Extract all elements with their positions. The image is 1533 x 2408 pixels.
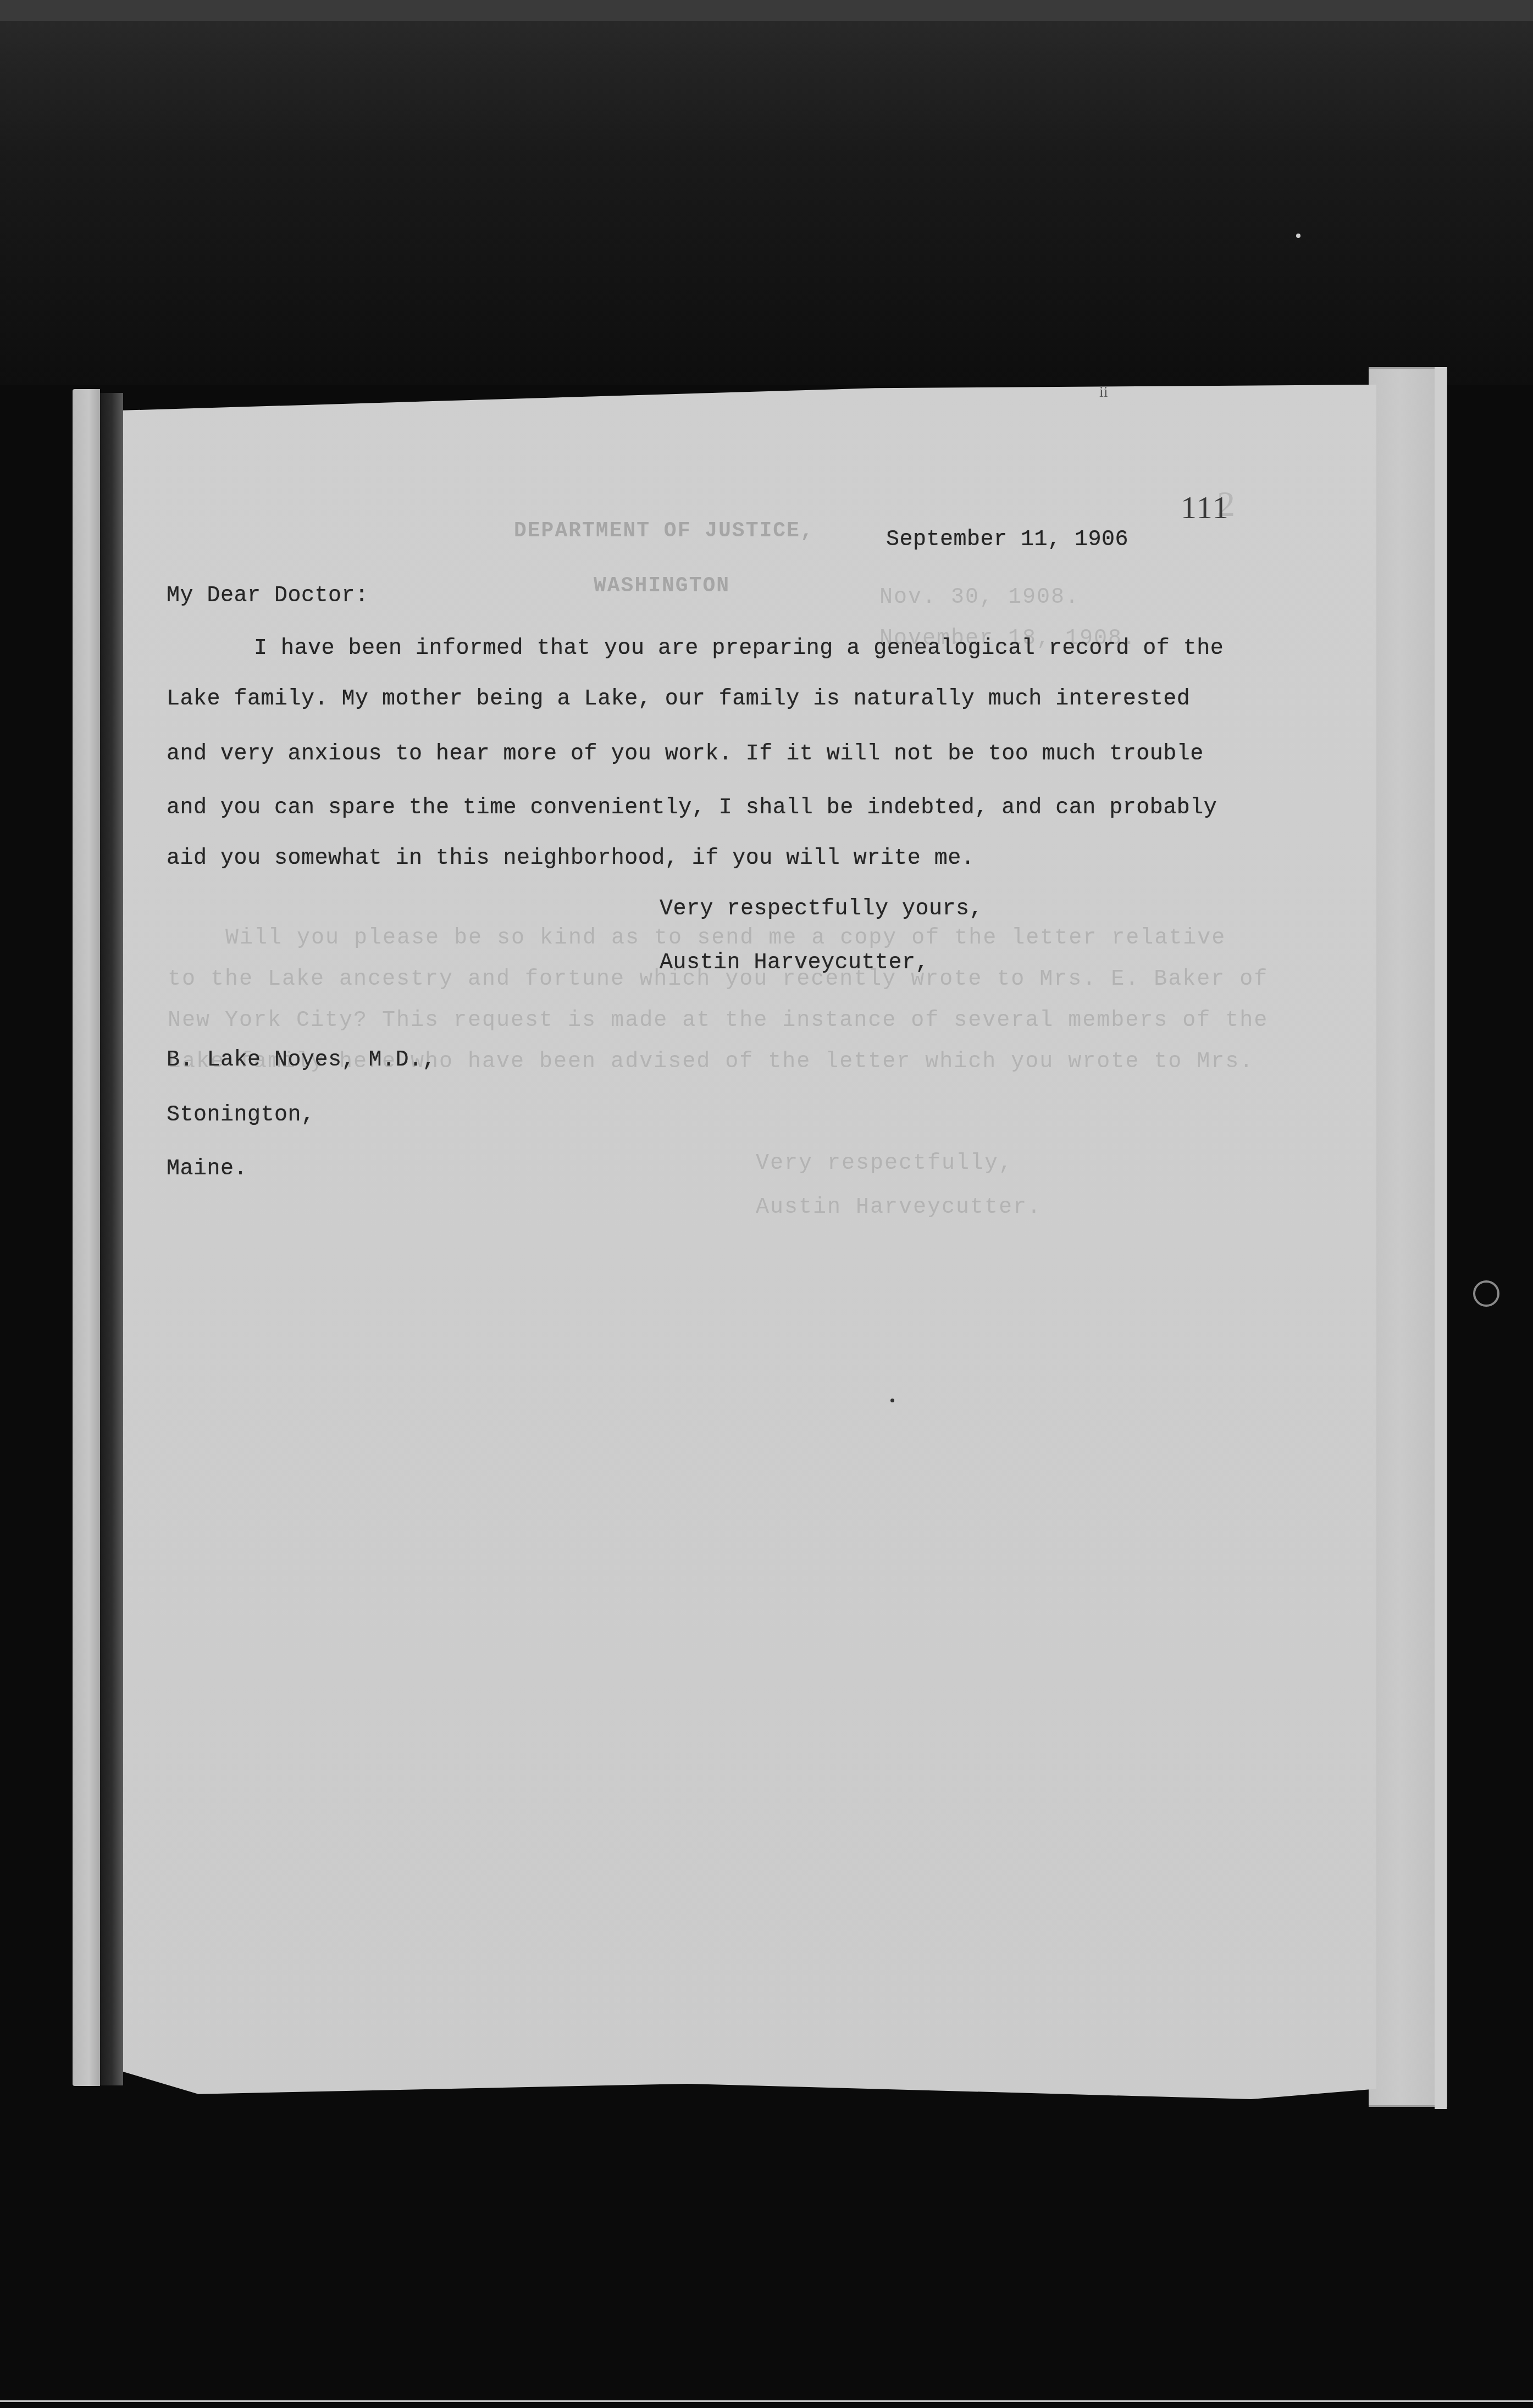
microfilm-top-band [0, 0, 1533, 21]
recipient-state: Maine. [167, 1157, 247, 1181]
page-stack-outer-edge [1435, 367, 1447, 2109]
film-speck [1296, 234, 1300, 238]
microfilm-background-top [0, 0, 1533, 385]
closing: Very respectfully yours, [660, 897, 983, 922]
salutation: My Dear Doctor: [167, 584, 369, 608]
recipient-name: B. Lake Noyes, M.D., [167, 1048, 436, 1073]
recipient-city: Stonington, [167, 1103, 315, 1128]
body-line-3: and very anxious to hear more of you wor… [167, 742, 1204, 767]
film-edge-line [0, 2400, 1533, 2402]
body-line-5: aid you somewhat in this neighborhood, i… [167, 846, 975, 871]
body-line-2: Lake family. My mother being a Lake, our… [167, 687, 1190, 712]
signature: Austin Harveycutter, [660, 951, 929, 975]
bleed-signature: Austin Harveycutter. [756, 1195, 1042, 1220]
letter-date: September 11, 1906 [886, 528, 1128, 552]
binding-gutter [100, 393, 123, 2085]
bleed-letterhead-city: WASHINGTON [594, 574, 730, 598]
top-mark: ii [1099, 384, 1108, 401]
facing-page-edge [73, 389, 100, 2086]
page-number: 111 [1181, 489, 1230, 526]
bleed-closing: Very respectfully, [756, 1151, 1013, 1176]
body-line-4: and you can spare the time conveniently,… [167, 796, 1217, 820]
bleed-date-1: Nov. 30, 1908. [879, 585, 1080, 610]
film-speck-ring [1473, 1280, 1499, 1307]
page-speck [890, 1399, 894, 1402]
bleed-line: Will you please be so kind as to send me… [225, 926, 1226, 951]
bleed-letterhead-department: DEPARTMENT OF JUSTICE, [514, 519, 814, 543]
body-line-1: I have been informed that you are prepar… [254, 636, 1224, 661]
bleed-line: New York City? This request is made at t… [168, 1008, 1268, 1033]
